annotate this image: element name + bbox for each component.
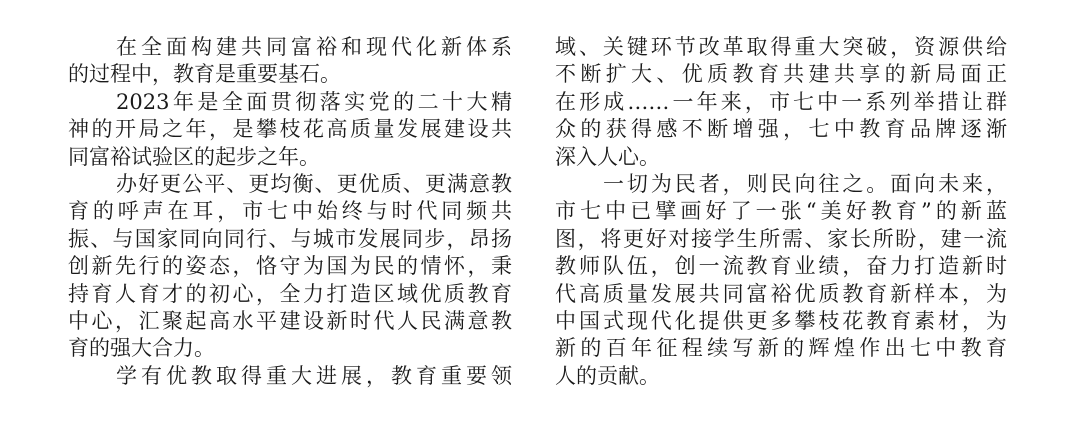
text-line: 2023年是全面贯彻落实党的二十大精 [68,89,512,116]
text-line: 办好更公平、更均衡、更优质、更满意教 [68,171,512,198]
text-line: 中心，汇聚起高水平建设新时代人民满意教 [68,308,512,335]
text-line: 神的开局之年，是攀枝花高质量发展建设共 [68,116,512,143]
text-line: 创新先行的姿态，恪守为国为民的情怀，秉 [68,253,512,280]
text-line: 育的呼声在耳，市七中始终与时代同频共 [68,198,512,225]
text-line: 的过程中，教育是重要基石。 [68,61,512,88]
text-line: 图，将更好对接学生所需、家长所盼，建一流 [555,226,1007,253]
text-line: 市七中已擘画好了一张“美好教育”的新蓝 [555,198,1007,225]
text-line: 教师队伍，创一流教育业绩，奋力打造新时 [555,253,1007,280]
text-line: 中国式现代化提供更多攀枝花教育素材，为 [555,308,1007,335]
text-line: 代高质量发展共同富裕优质教育新样本，为 [555,281,1007,308]
text-line: 域、关键环节改革取得重大突破，资源供给 [555,34,1007,61]
text-line: 深入人心。 [555,144,1007,171]
text-line: 同富裕试验区的起步之年。 [68,144,512,171]
text-line: 人的贡献。 [555,363,1007,390]
text-line: 众的获得感不断增强，七中教育品牌逐渐 [555,116,1007,143]
article-column-right: 域、关键环节改革取得重大突破，资源供给不断扩大、优质教育共建共享的新局面正在形成… [555,34,1007,390]
text-line: 新的百年征程续写新的辉煌作出七中教育 [555,335,1007,362]
text-line: 持育人育才的初心，全力打造区域优质教育 [68,281,512,308]
text-line: 不断扩大、优质教育共建共享的新局面正 [555,61,1007,88]
text-line: 在全面构建共同富裕和现代化新体系 [68,34,512,61]
text-line: 振、与国家同向同行、与城市发展同步，昂扬 [68,226,512,253]
article-column-left: 在全面构建共同富裕和现代化新体系的过程中，教育是重要基石。2023年是全面贯彻落… [68,34,512,390]
text-line: 一切为民者，则民向往之。面向未来， [555,171,1007,198]
text-line: 育的强大合力。 [68,335,512,362]
text-line: 在形成……一年来，市七中一系列举措让群 [555,89,1007,116]
text-line: 学有优教取得重大进展，教育重要领 [68,363,512,390]
